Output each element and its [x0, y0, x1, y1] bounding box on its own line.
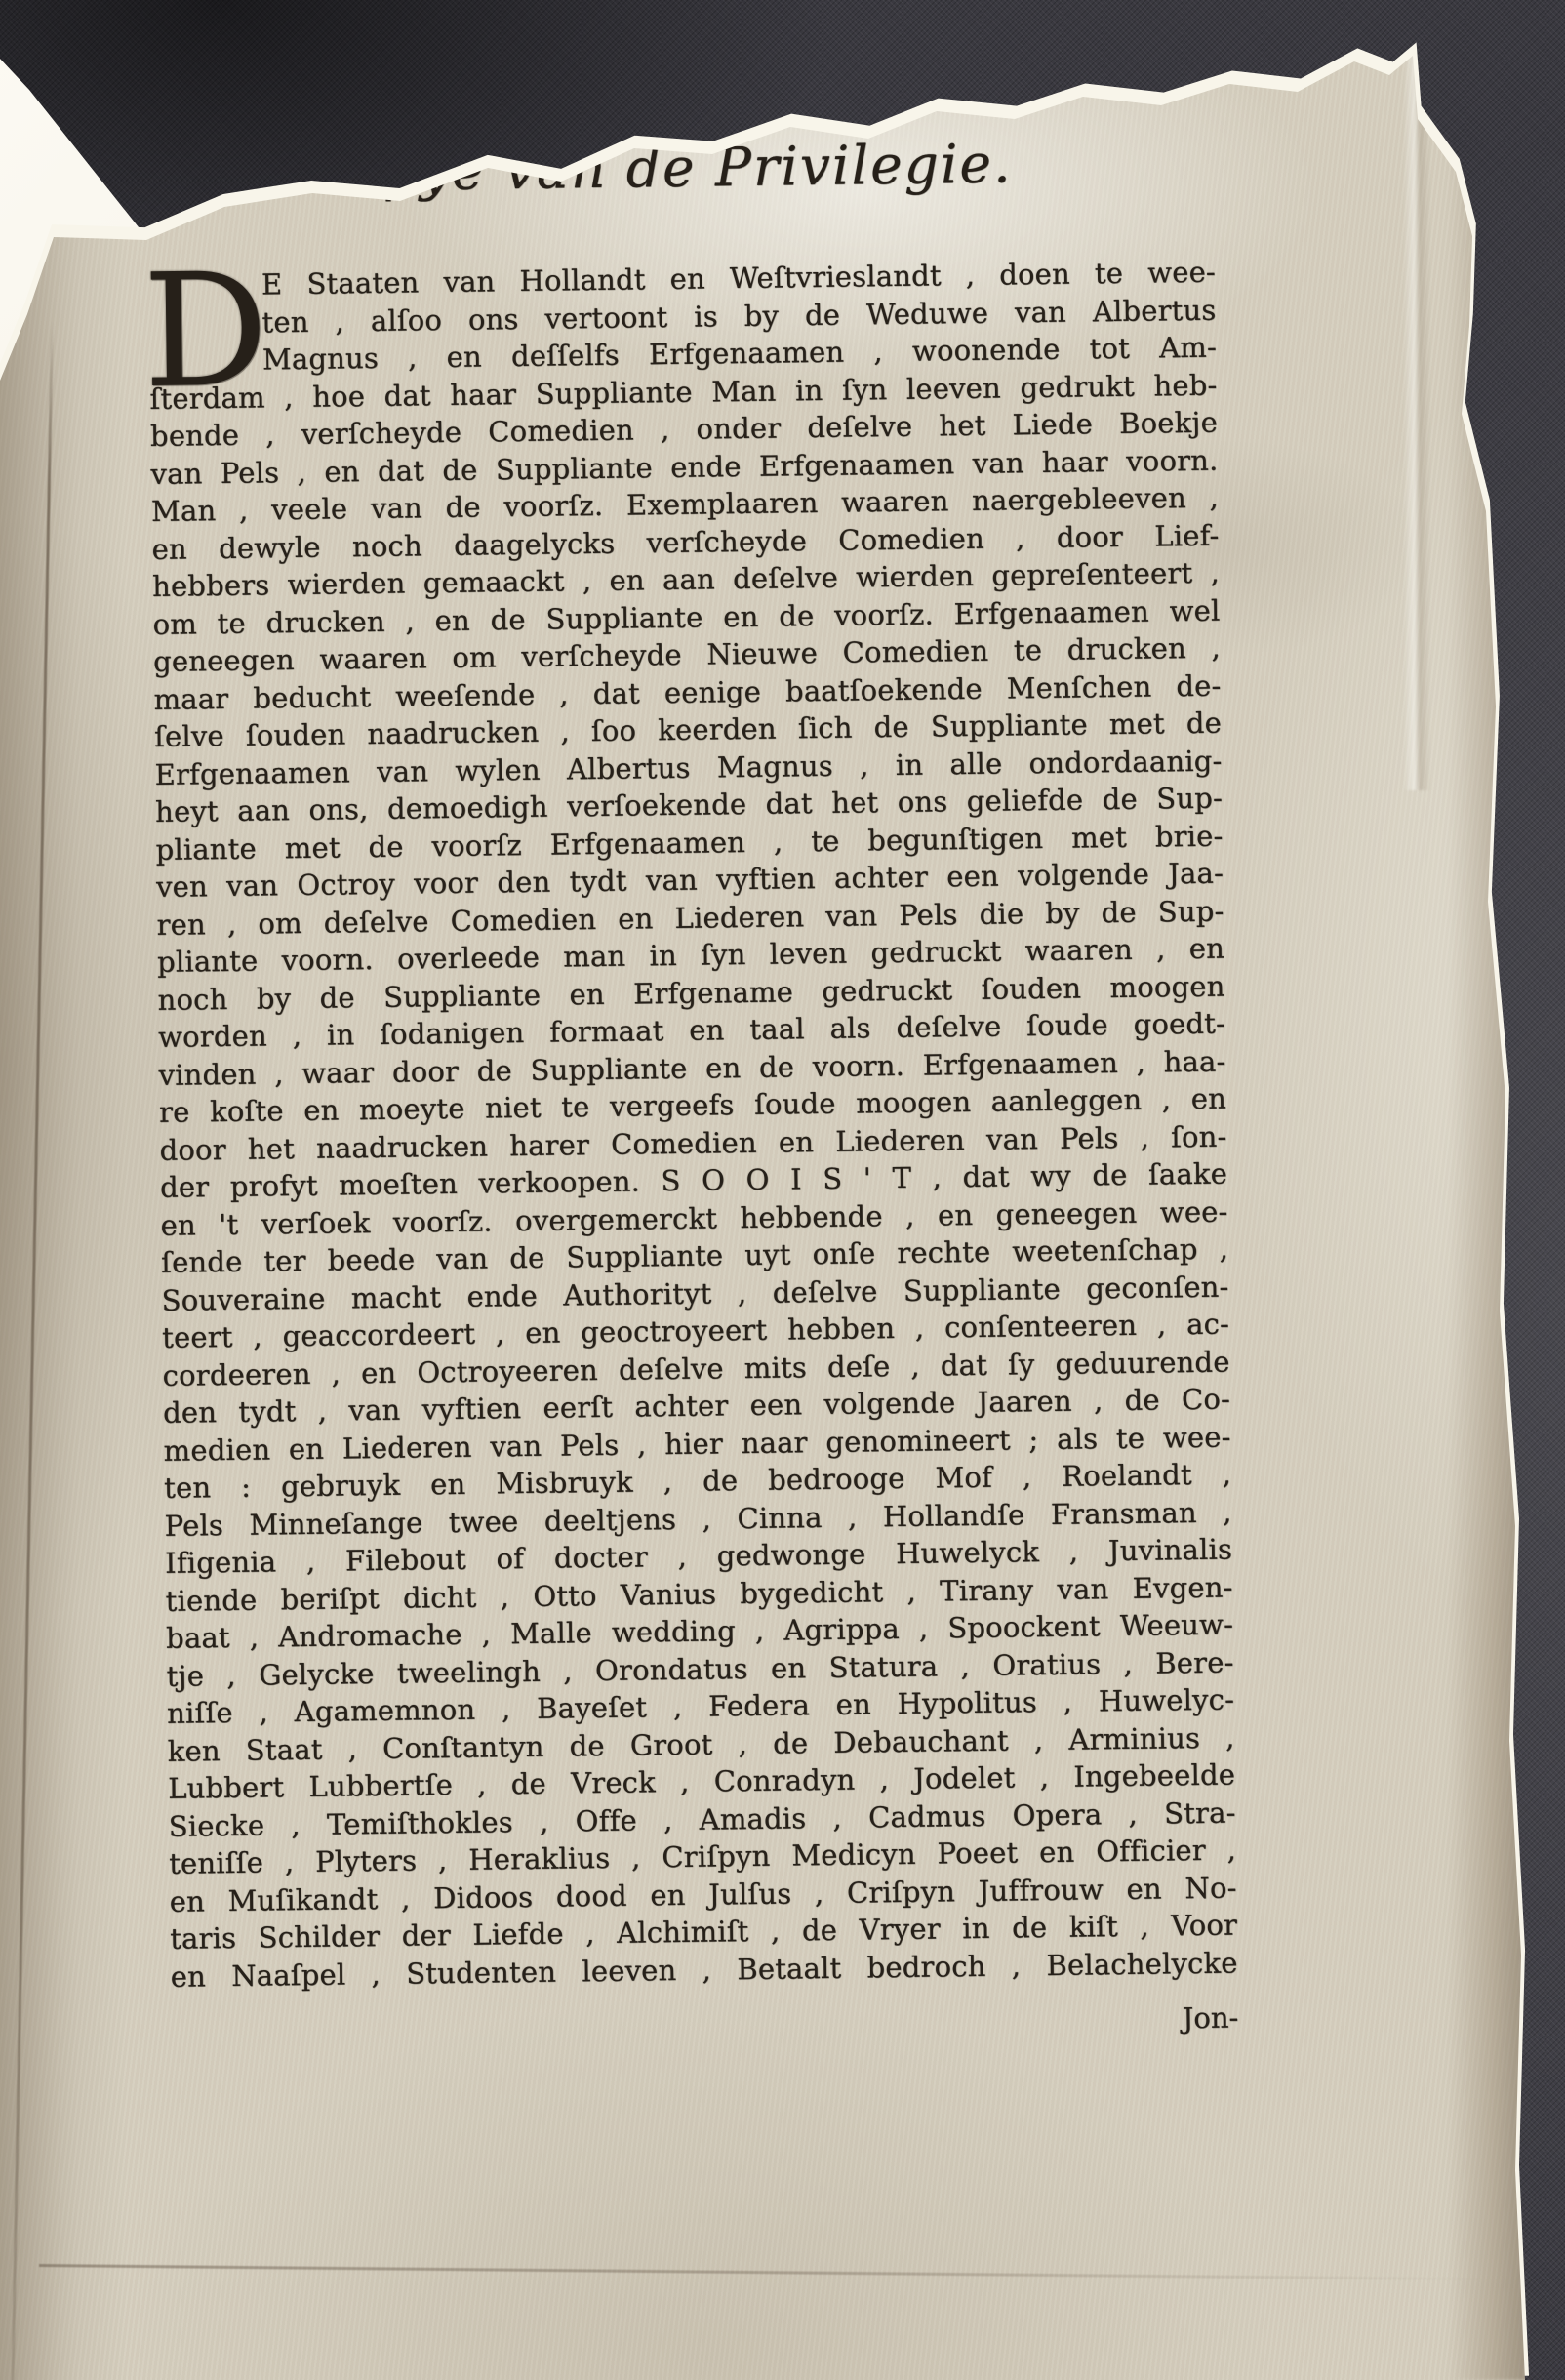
book-photo: Copye van de Privilegie. D E Staaten van…: [0, 0, 1565, 2380]
printed-content: Copye van de Privilegie. D E Staaten van…: [146, 121, 1239, 2050]
body-lines: E Staaten van Hollandt en Weſtvrieslandt…: [148, 254, 1238, 1996]
page: Copye van de Privilegie. D E Staaten van…: [0, 0, 1565, 2380]
catchword: Jon-: [171, 1999, 1238, 2050]
bottom-fold-crease: [39, 2264, 1483, 2280]
body-text: D E Staaten van Hollandt en Weſtvrieslan…: [148, 254, 1238, 1996]
drop-cap: D: [142, 252, 269, 410]
right-fold-crease: [1403, 49, 1430, 790]
right-deckle-edge: [1450, 0, 1526, 2380]
